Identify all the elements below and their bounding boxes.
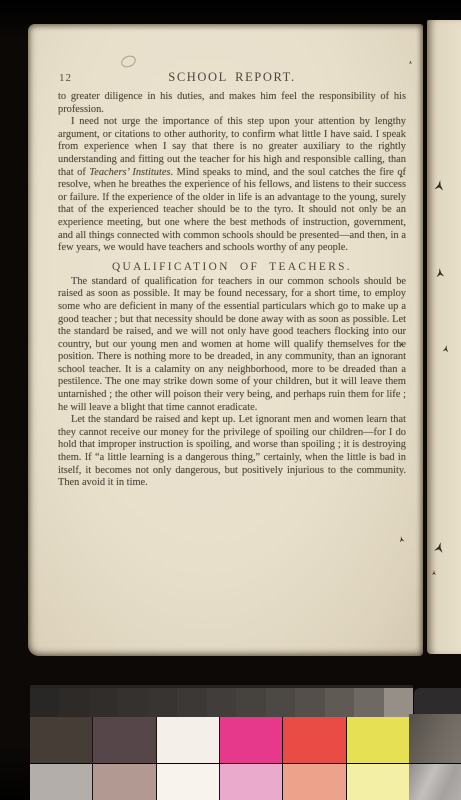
calibration-card-edge-upper <box>409 714 461 763</box>
color-patch-salmon <box>283 764 345 800</box>
color-patch-pale-yellow <box>347 764 409 800</box>
color-patch-dark-gray <box>30 717 92 763</box>
color-patch-pink <box>220 764 282 800</box>
calibration-card-edge-lower <box>409 764 461 800</box>
color-patch-row-saturated <box>30 717 409 763</box>
grayscale-strip <box>30 688 413 717</box>
page-text-block: to greater diligence in his duties, and … <box>58 91 406 490</box>
color-patch-off-white <box>157 717 219 763</box>
gray-step <box>118 688 147 717</box>
scanned-book-photo: 12 SCHOOL REPORT. to greater diligence i… <box>0 0 461 800</box>
body-paragraph: to greater diligence in his duties, and … <box>58 91 406 116</box>
adjacent-page-edge <box>427 20 461 654</box>
book-page: 12 SCHOOL REPORT. to greater diligence i… <box>28 24 423 656</box>
calibration-dark-corner <box>414 688 461 714</box>
color-patch-purple-brown <box>93 717 155 763</box>
color-patch-magenta <box>220 717 282 763</box>
gray-step <box>266 688 295 717</box>
section-heading: QUALIFICATION OF TEACHERS. <box>58 261 406 273</box>
gray-step <box>30 688 59 717</box>
gray-step <box>148 688 177 717</box>
gray-step <box>177 688 206 717</box>
body-paragraph: The standard of qualification for teache… <box>58 276 406 415</box>
color-patch-red <box>283 717 345 763</box>
running-head: SCHOOL REPORT. <box>58 70 406 85</box>
color-patch-row-tint <box>30 764 409 800</box>
body-paragraph: Let the standard be raised and kept up. … <box>58 414 406 490</box>
gray-step <box>89 688 118 717</box>
gray-step <box>207 688 236 717</box>
gray-step <box>384 688 413 717</box>
color-patch-warm-gray <box>93 764 155 800</box>
body-paragraph: I need not urge the importance of this s… <box>58 116 406 255</box>
emboss-ring <box>119 54 137 70</box>
color-patch-white <box>157 764 219 800</box>
gray-step <box>354 688 383 717</box>
color-patch-yellow <box>347 717 409 763</box>
gray-step <box>59 688 88 717</box>
gray-step <box>236 688 265 717</box>
color-patch-light-gray <box>30 764 92 800</box>
gray-step <box>325 688 354 717</box>
gray-step <box>295 688 324 717</box>
